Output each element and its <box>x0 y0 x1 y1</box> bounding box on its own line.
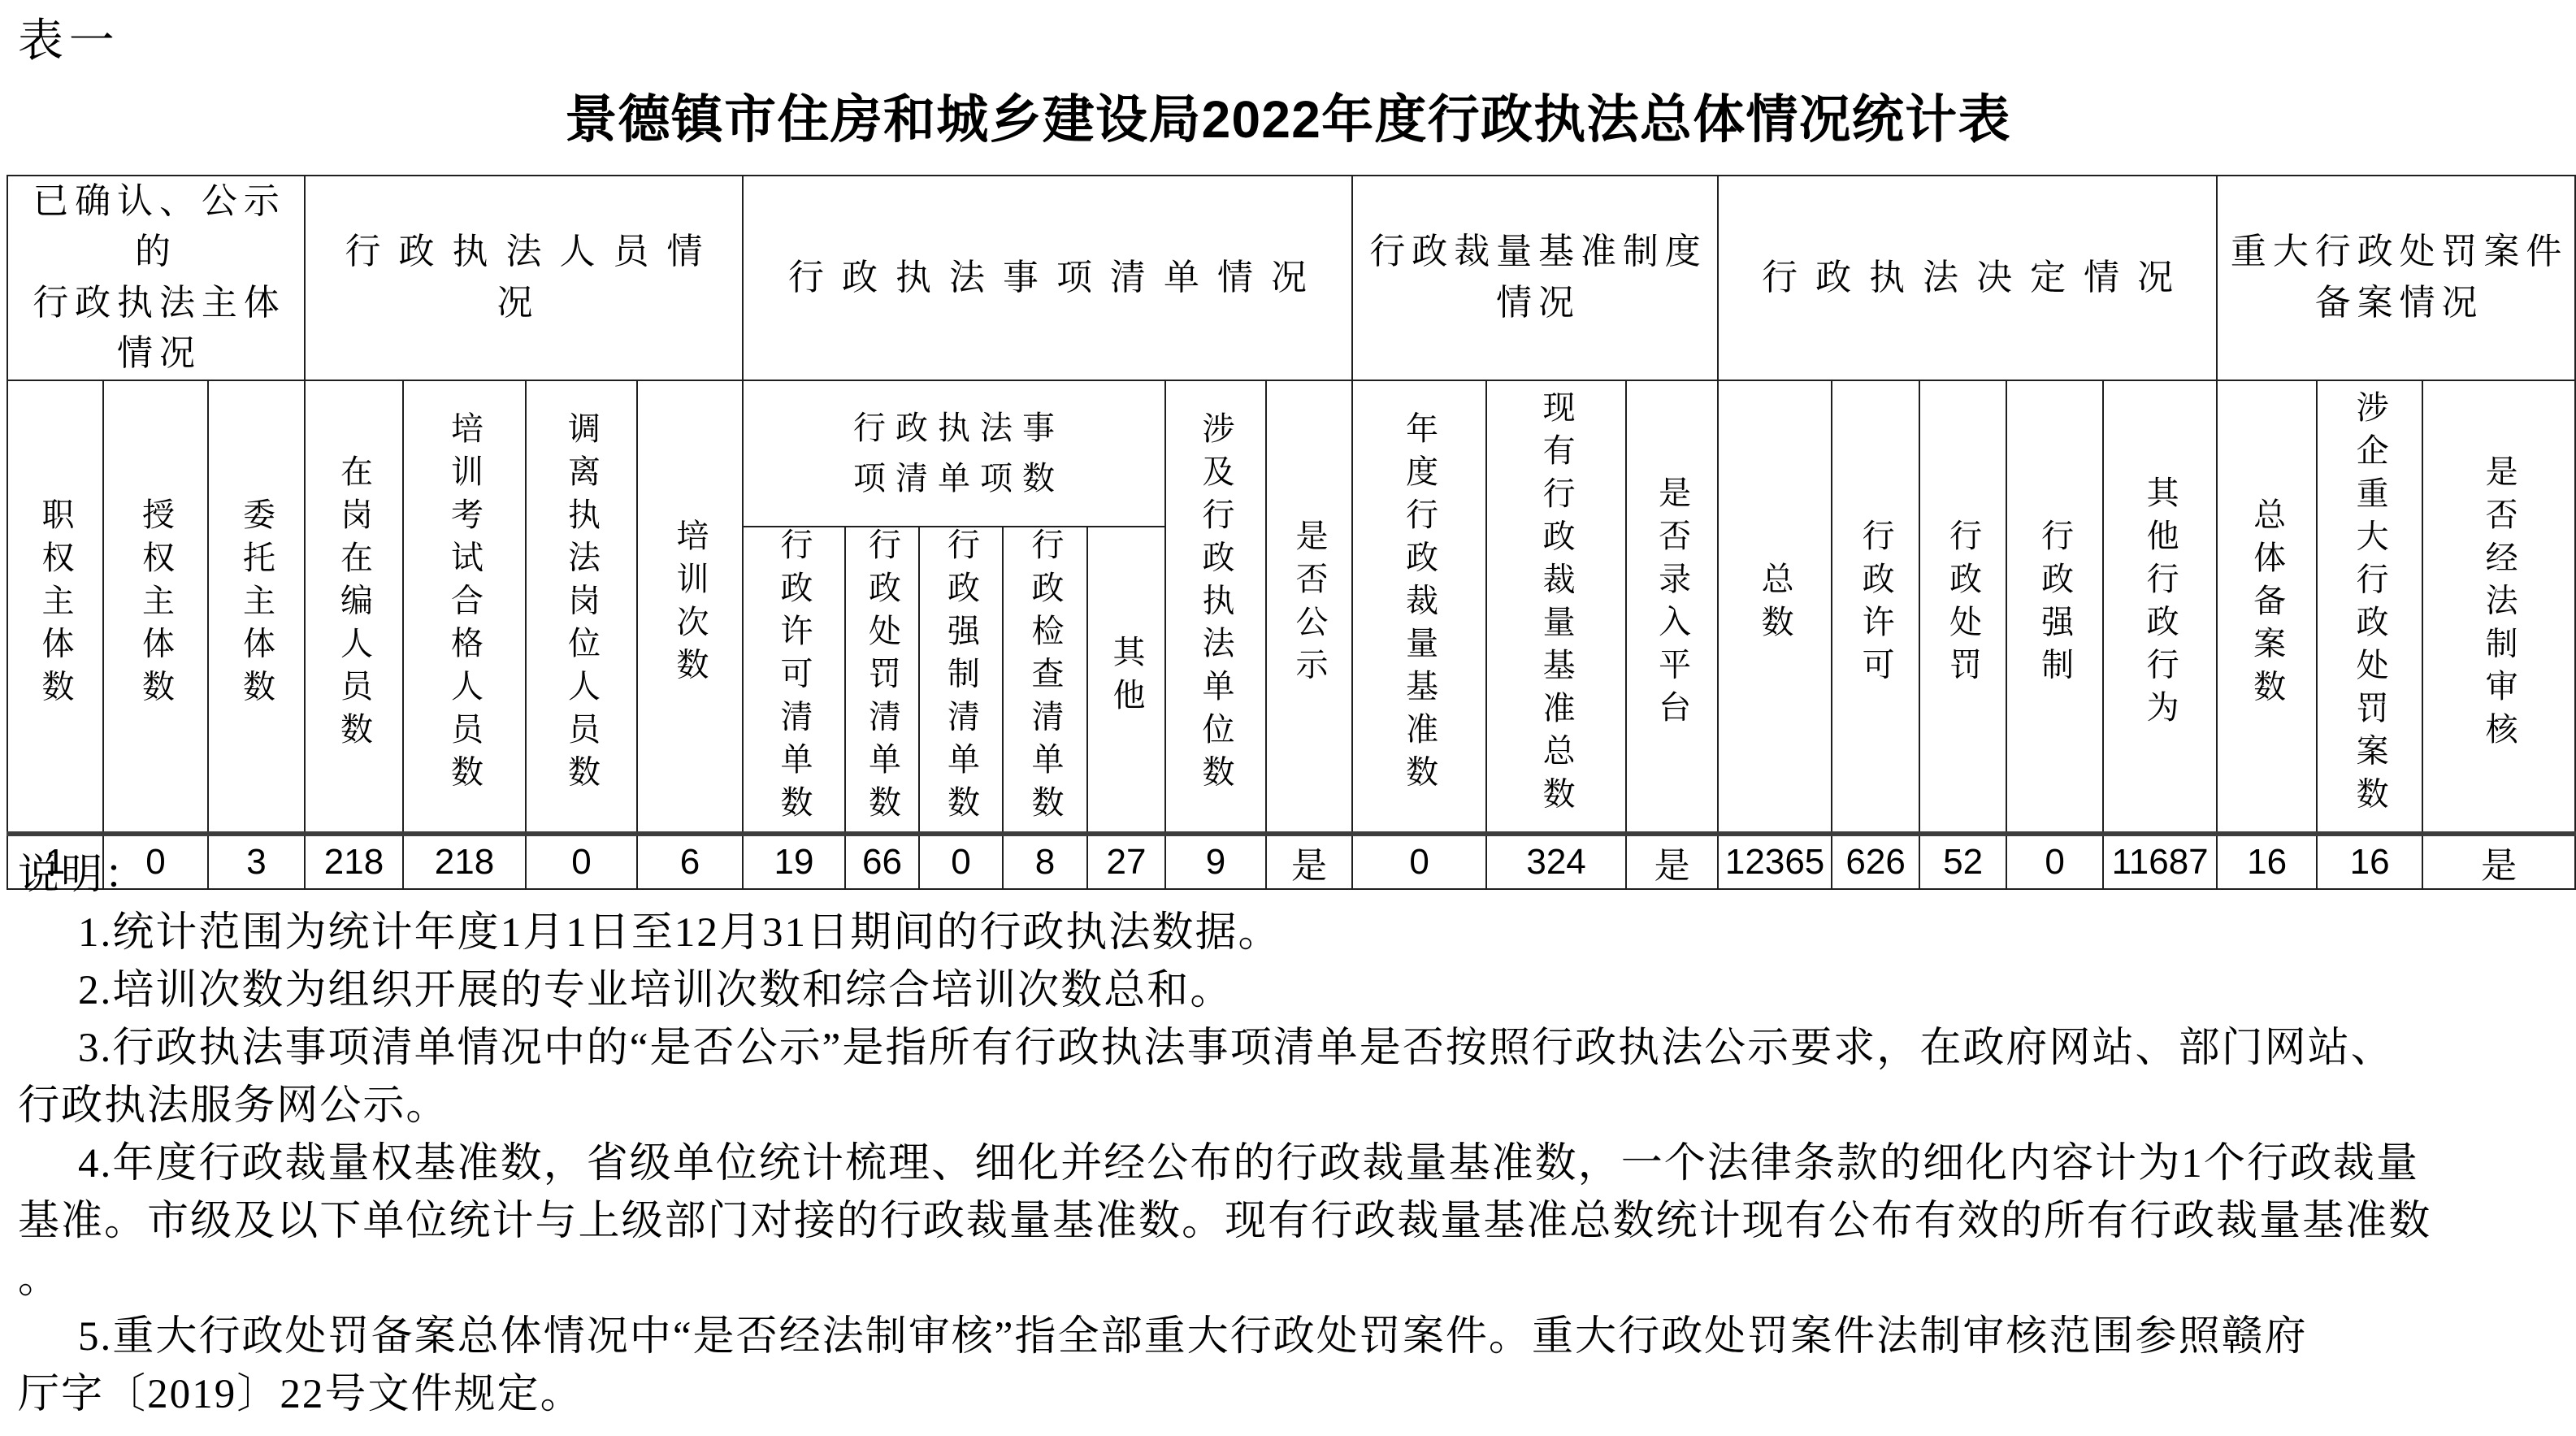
column-header-label: 行政处罚 <box>1945 518 1982 690</box>
column-header: 在岗在编人员数 <box>305 380 403 835</box>
column-header-label: 授权主体数 <box>137 497 175 712</box>
subgroup-header-line: 项清单项数 <box>744 453 1164 504</box>
column-header-row: 职权主体数 授权主体数 委托主体数 在岗在编人员数 培训考试合格人员数 调离执法… <box>7 380 2575 527</box>
column-header: 行政处罚清单数 <box>845 527 919 835</box>
note-line: 基准。市级及以下单位统计与上级部门对接的行政裁量基准数。现有行政裁量基准总数统计… <box>18 1193 2561 1251</box>
note-line: 。 <box>18 1251 2561 1308</box>
note-line: 厅字〔2019〕22号文件规定。 <box>18 1366 2561 1424</box>
column-header-label: 委托主体数 <box>238 497 275 712</box>
group-header-major-penalty-filing: 重大行政处罚案件 备案情况 <box>2217 176 2575 380</box>
column-header: 行政许可清单数 <box>743 527 845 835</box>
column-header-label: 行政许可 <box>1857 518 1894 690</box>
column-header-label: 行政处罚清单数 <box>864 527 901 828</box>
column-header-label: 培训次数 <box>671 518 709 690</box>
note-line: 3.行政执法事项清单情况中的“是否公示”是指所有行政执法事项清单是否按照行政执法… <box>18 1020 2561 1078</box>
column-header: 涉企重大行政处罚案数 <box>2317 380 2422 835</box>
column-header-label: 行政强制清单数 <box>943 527 980 828</box>
column-header: 是否公示 <box>1266 380 1352 835</box>
column-header-label: 其他 <box>1108 635 1145 721</box>
column-header-label: 其他行政行为 <box>2141 475 2179 733</box>
column-header: 行政许可 <box>1832 380 1919 835</box>
group-header-line: 已确认、公示的 <box>8 176 304 278</box>
group-header-line: 行政裁量基准制度 <box>1353 227 1717 277</box>
group-header-line: 行政执法人员情况 <box>306 227 742 328</box>
column-header: 委托主体数 <box>208 380 305 835</box>
notes-label: 说明： <box>18 847 2561 905</box>
column-header-label: 培训考试合格人员数 <box>446 411 484 797</box>
note-line: 1.统计范围为统计年度1月1日至12月31日期间的行政执法数据。 <box>18 905 2561 962</box>
group-header-personnel: 行政执法人员情况 <box>305 176 743 380</box>
column-header: 调离执法岗位人员数 <box>526 380 637 835</box>
statistics-table: 已确认、公示的 行政执法主体 情况 行政执法人员情况 行政执法事项清单情况 行政… <box>7 175 2576 890</box>
column-header: 培训次数 <box>637 380 743 835</box>
column-header: 总体备案数 <box>2217 380 2317 835</box>
column-header-label: 现有行政裁量基准总数 <box>1537 390 1575 819</box>
group-header-line: 行政执法事项清单情况 <box>744 253 1351 303</box>
column-header: 是否经法制审核 <box>2422 380 2575 835</box>
column-header-label: 行政检查清单数 <box>1026 527 1064 828</box>
group-header-line: 情况 <box>1353 278 1717 328</box>
column-header: 行政检查清单数 <box>1003 527 1087 835</box>
group-header-discretion-standards: 行政裁量基准制度 情况 <box>1352 176 1718 380</box>
group-header-decisions: 行政执法决定情况 <box>1718 176 2217 380</box>
column-header: 总数 <box>1718 380 1832 835</box>
subgroup-header-line: 行政执法事 <box>744 403 1164 453</box>
column-header: 年度行政裁量基准数 <box>1352 380 1486 835</box>
column-header-label: 调离执法岗位人员数 <box>563 411 601 797</box>
column-header-label: 在岗在编人员数 <box>336 454 373 755</box>
note-line: 4.年度行政裁量权基准数，省级单位统计梳理、细化并经公布的行政裁量基准数，一个法… <box>18 1135 2561 1193</box>
group-header-line: 行政执法决定情况 <box>1719 253 2216 303</box>
note-line: 5.重大行政处罚备案总体情况中“是否经法制审核”指全部重大行政处罚案件。重大行政… <box>18 1308 2561 1366</box>
column-header-label: 年度行政裁量基准数 <box>1401 411 1438 797</box>
column-header: 授权主体数 <box>103 380 208 835</box>
table-number-label: 表一 <box>18 5 119 70</box>
column-header-label: 是否录入平台 <box>1654 475 1691 733</box>
column-header: 培训考试合格人员数 <box>403 380 526 835</box>
group-header-row: 已确认、公示的 行政执法主体 情况 行政执法人员情况 行政执法事项清单情况 行政… <box>7 176 2575 380</box>
column-header: 行政强制清单数 <box>919 527 1003 835</box>
column-header: 行政强制 <box>2006 380 2103 835</box>
column-header: 行政处罚 <box>1919 380 2006 835</box>
group-header-line: 重大行政处罚案件 <box>2218 227 2574 277</box>
column-header: 其他行政行为 <box>2103 380 2217 835</box>
column-header: 职权主体数 <box>7 380 103 835</box>
column-header: 是否录入平台 <box>1626 380 1718 835</box>
column-header-label: 总体备案数 <box>2249 497 2286 712</box>
page-title: 景德镇市住房和城乡建设局2022年度行政执法总体情况统计表 <box>0 78 2576 153</box>
group-header-item-list: 行政执法事项清单情况 <box>743 176 1352 380</box>
column-header: 其他 <box>1087 527 1165 835</box>
note-line: 行政执法服务网公示。 <box>18 1078 2561 1135</box>
group-header-line: 备案情况 <box>2218 278 2574 328</box>
group-header-subject: 已确认、公示的 行政执法主体 情况 <box>7 176 305 380</box>
subgroup-header-list-item-count: 行政执法事 项清单项数 <box>743 380 1165 527</box>
column-header-label: 行政强制 <box>2036 518 2074 690</box>
column-header-label: 行政许可清单数 <box>775 527 813 828</box>
column-header: 涉及行政执法单位数 <box>1165 380 1266 835</box>
column-header-label: 总数 <box>1756 562 1793 648</box>
column-header: 现有行政裁量基准总数 <box>1486 380 1626 835</box>
group-header-line: 情况 <box>8 328 304 379</box>
notes-section: 说明： 1.统计范围为统计年度1月1日至12月31日期间的行政执法数据。 2.培… <box>18 847 2561 1424</box>
document-page: 表一 景德镇市住房和城乡建设局2022年度行政执法总体情况统计表 已确认、公示的… <box>0 0 2576 1436</box>
column-header-label: 涉及行政执法单位数 <box>1197 411 1234 797</box>
column-header-label: 是否经法制审核 <box>2480 454 2517 755</box>
column-header-label: 是否公示 <box>1290 518 1328 690</box>
column-header-label: 职权主体数 <box>37 497 74 712</box>
group-header-line: 行政执法主体 <box>8 278 304 328</box>
column-header-label: 涉企重大行政处罚案数 <box>2351 390 2388 819</box>
note-line: 2.培训次数为组织开展的专业培训次数和综合培训次数总和。 <box>18 962 2561 1020</box>
